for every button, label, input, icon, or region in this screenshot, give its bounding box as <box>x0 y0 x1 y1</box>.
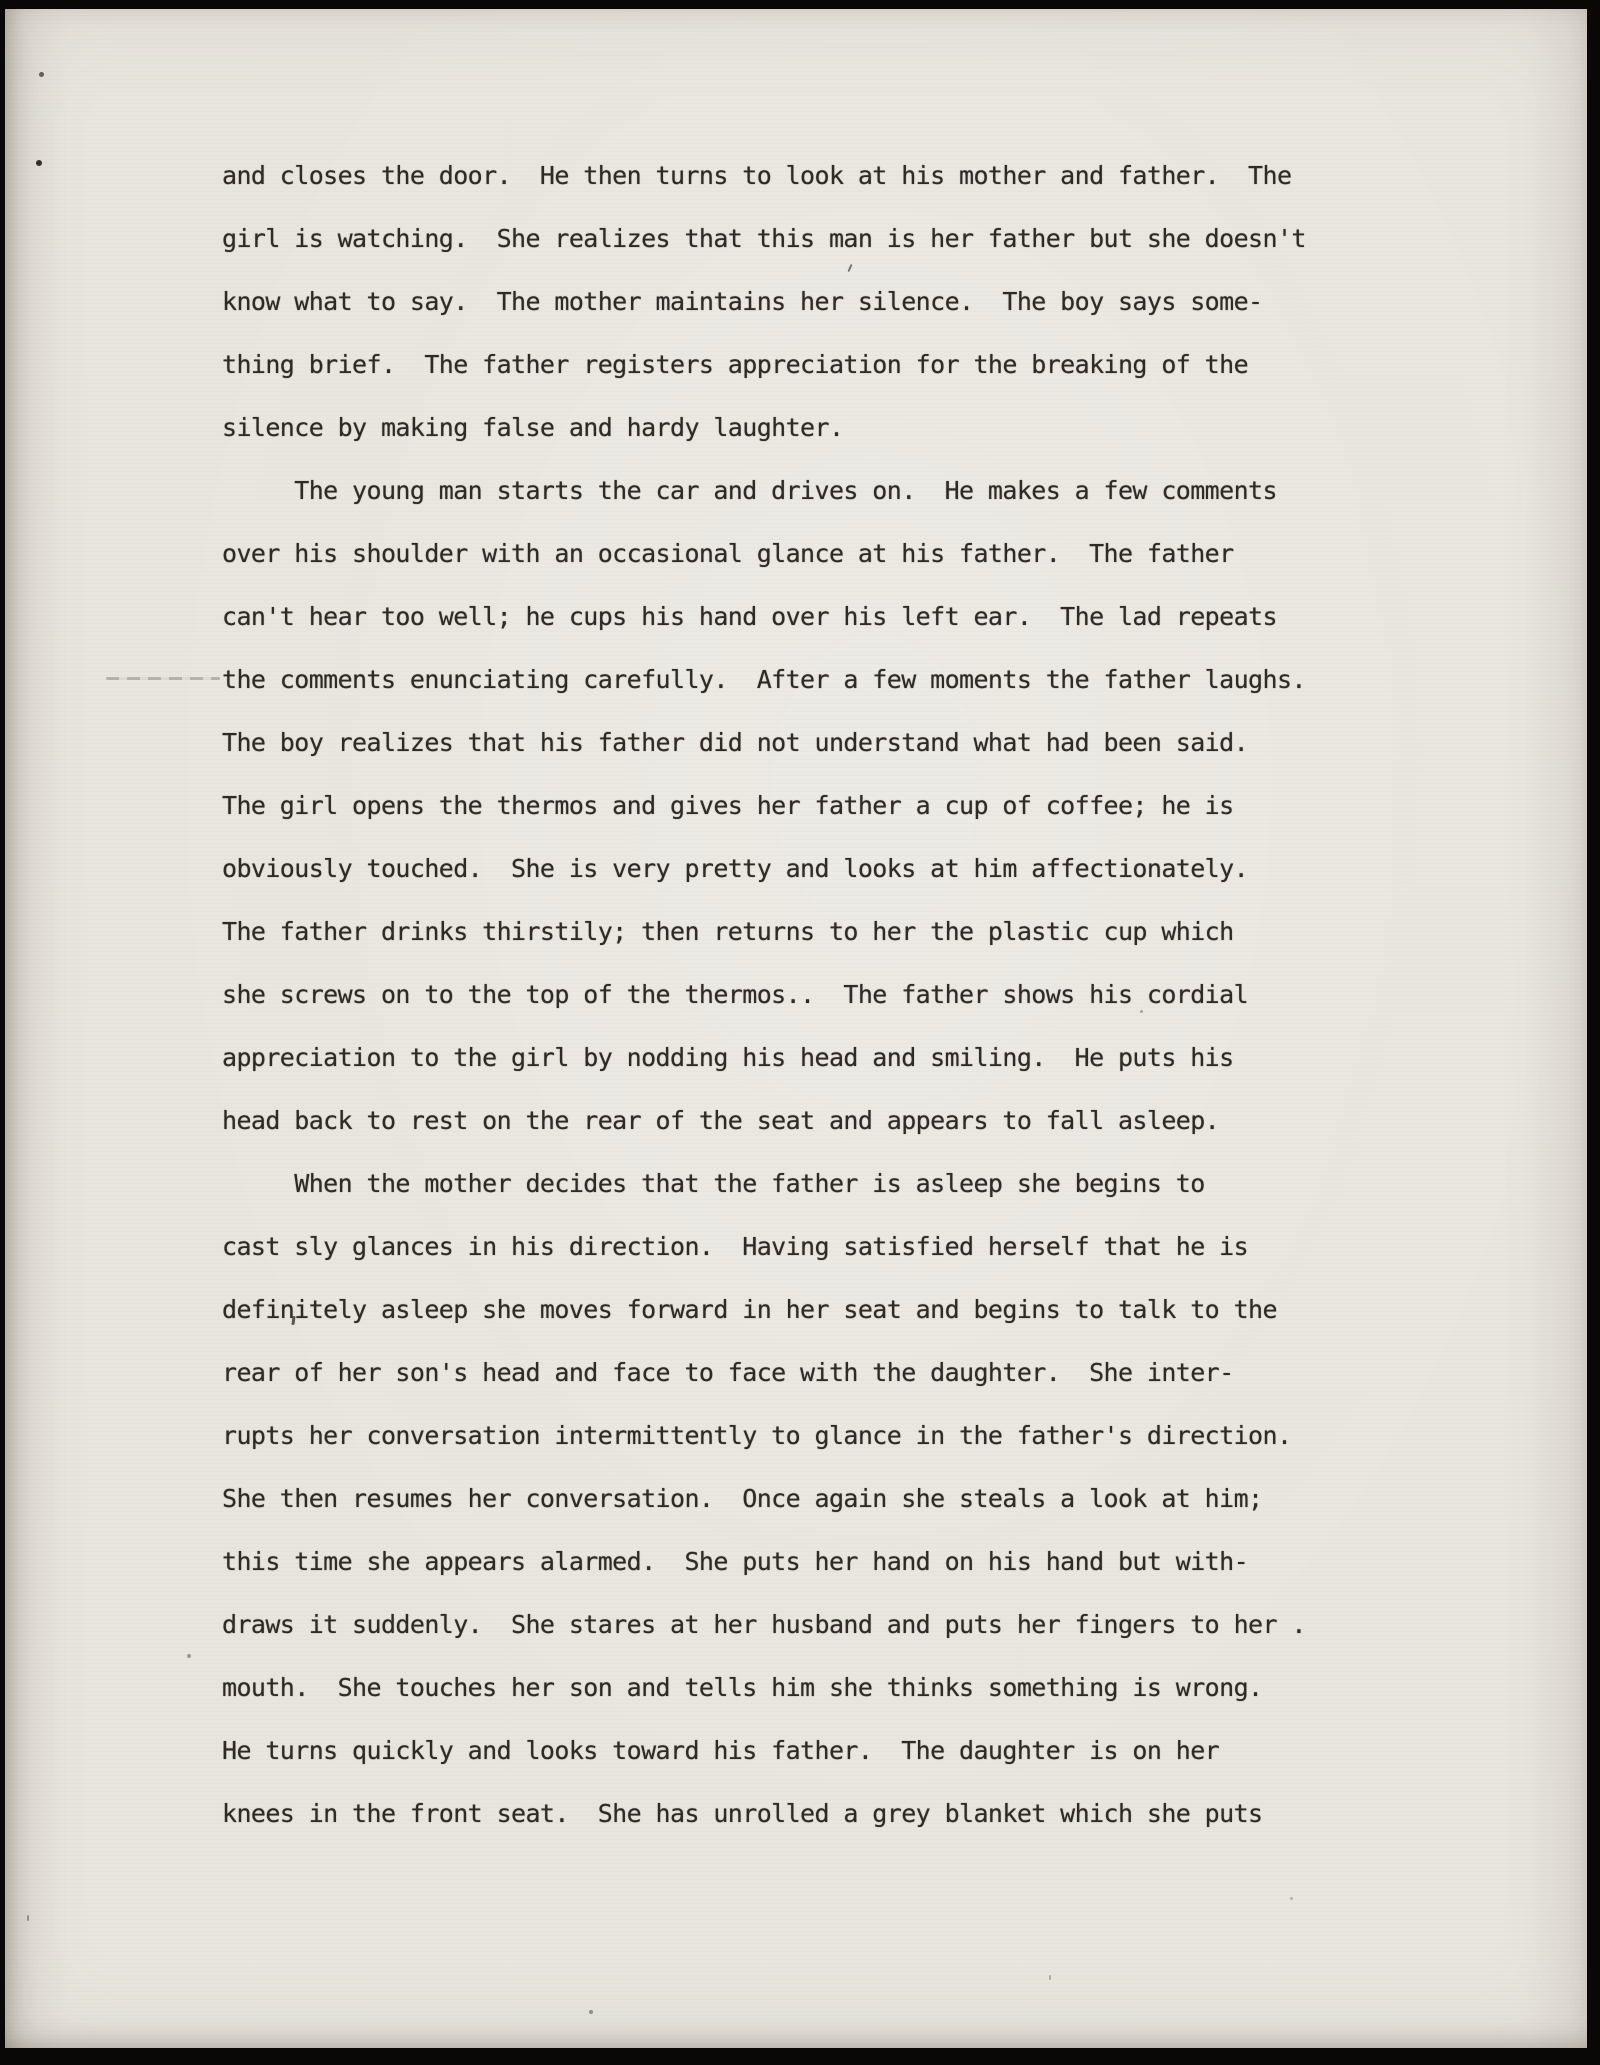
scanned-page-view: { "theme": { "backdrop_color": "#0a0807"… <box>0 0 1600 2065</box>
typed-text: and closes the door. He then turns to lo… <box>222 144 1306 1845</box>
